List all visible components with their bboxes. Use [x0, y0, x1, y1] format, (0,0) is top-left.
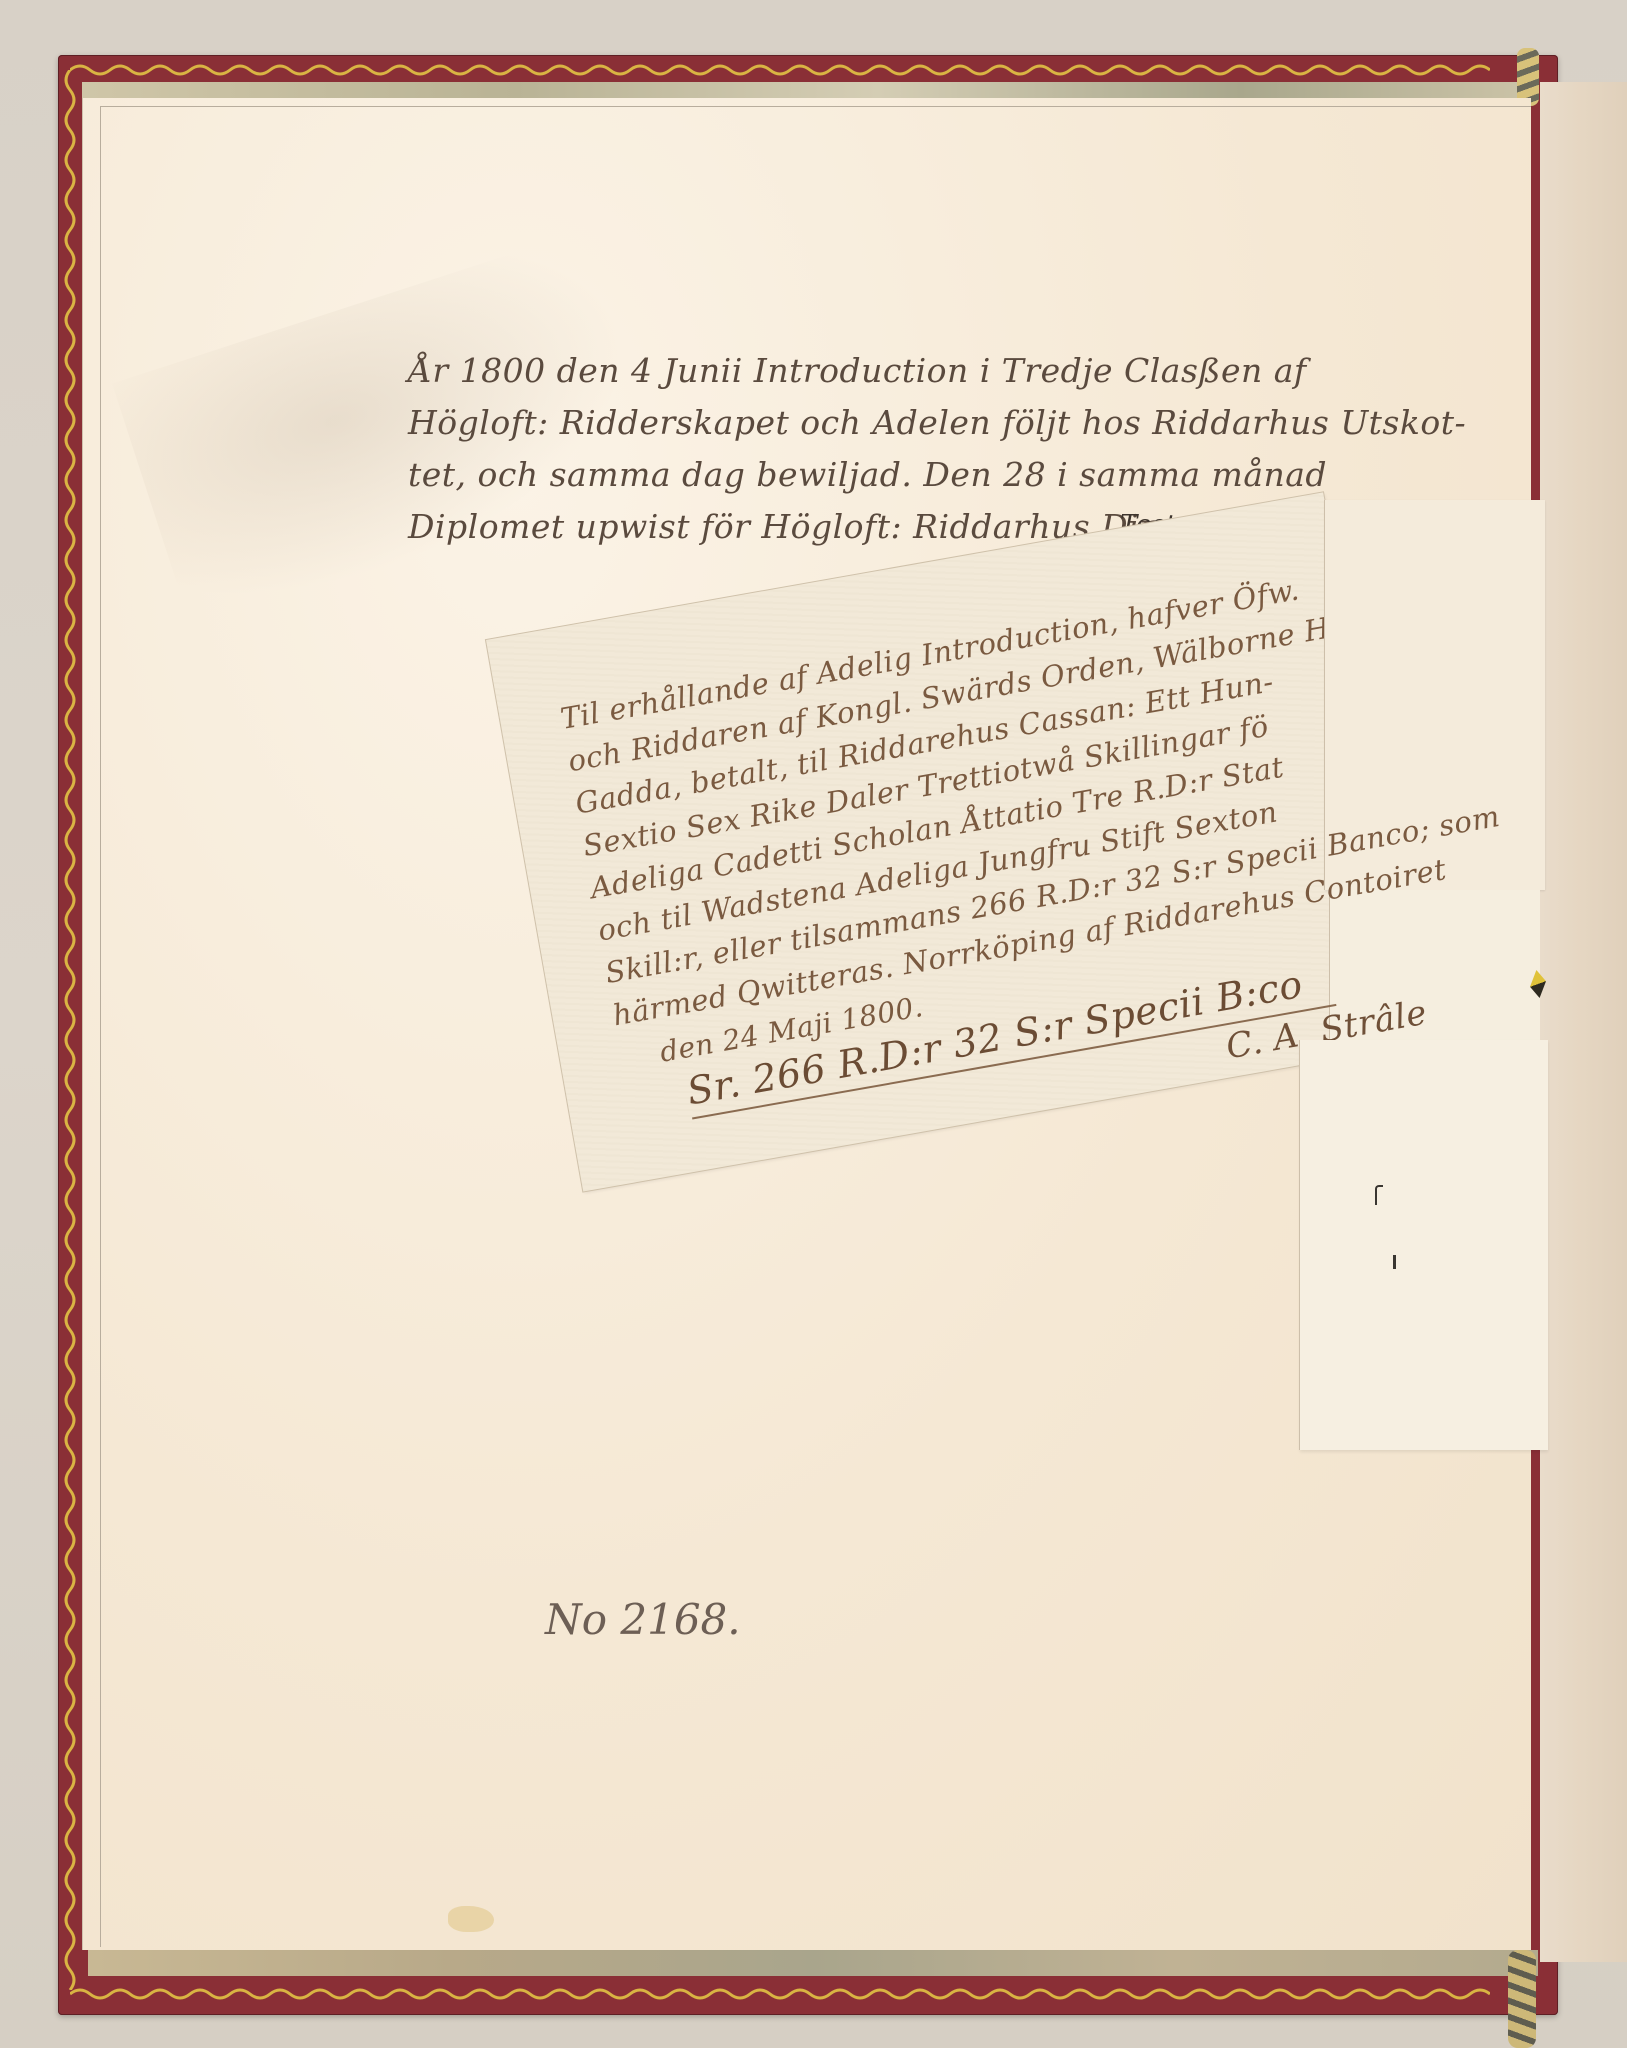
- entry-line: tet, och samma dag bewiljad. Den 28 i sa…: [408, 449, 1466, 501]
- pin-mark: [1375, 1185, 1383, 1205]
- folded-flap-lower: [1300, 1040, 1548, 1450]
- entry-line: År 1800 den 4 Junii Introduction i Tredj…: [408, 345, 1466, 397]
- gilt-border-top: [70, 62, 1490, 78]
- marbled-endpaper-top: [82, 82, 1530, 98]
- gilt-border-bottom: [70, 1986, 1490, 2002]
- marbled-endpaper-bottom: [88, 1950, 1538, 1976]
- record-number: No 2168.: [545, 1595, 741, 1644]
- gilt-border-left: [62, 70, 78, 1990]
- facing-page: [1540, 82, 1627, 1962]
- paper-stain: [448, 1906, 494, 1932]
- bleed-through-text: [220, 650, 237, 830]
- entry-line: Högloft: Ridderskapet och Adelen följt h…: [408, 397, 1466, 449]
- pin-mark: [1393, 1255, 1396, 1269]
- silk-cord-bottom: [1508, 1950, 1536, 2048]
